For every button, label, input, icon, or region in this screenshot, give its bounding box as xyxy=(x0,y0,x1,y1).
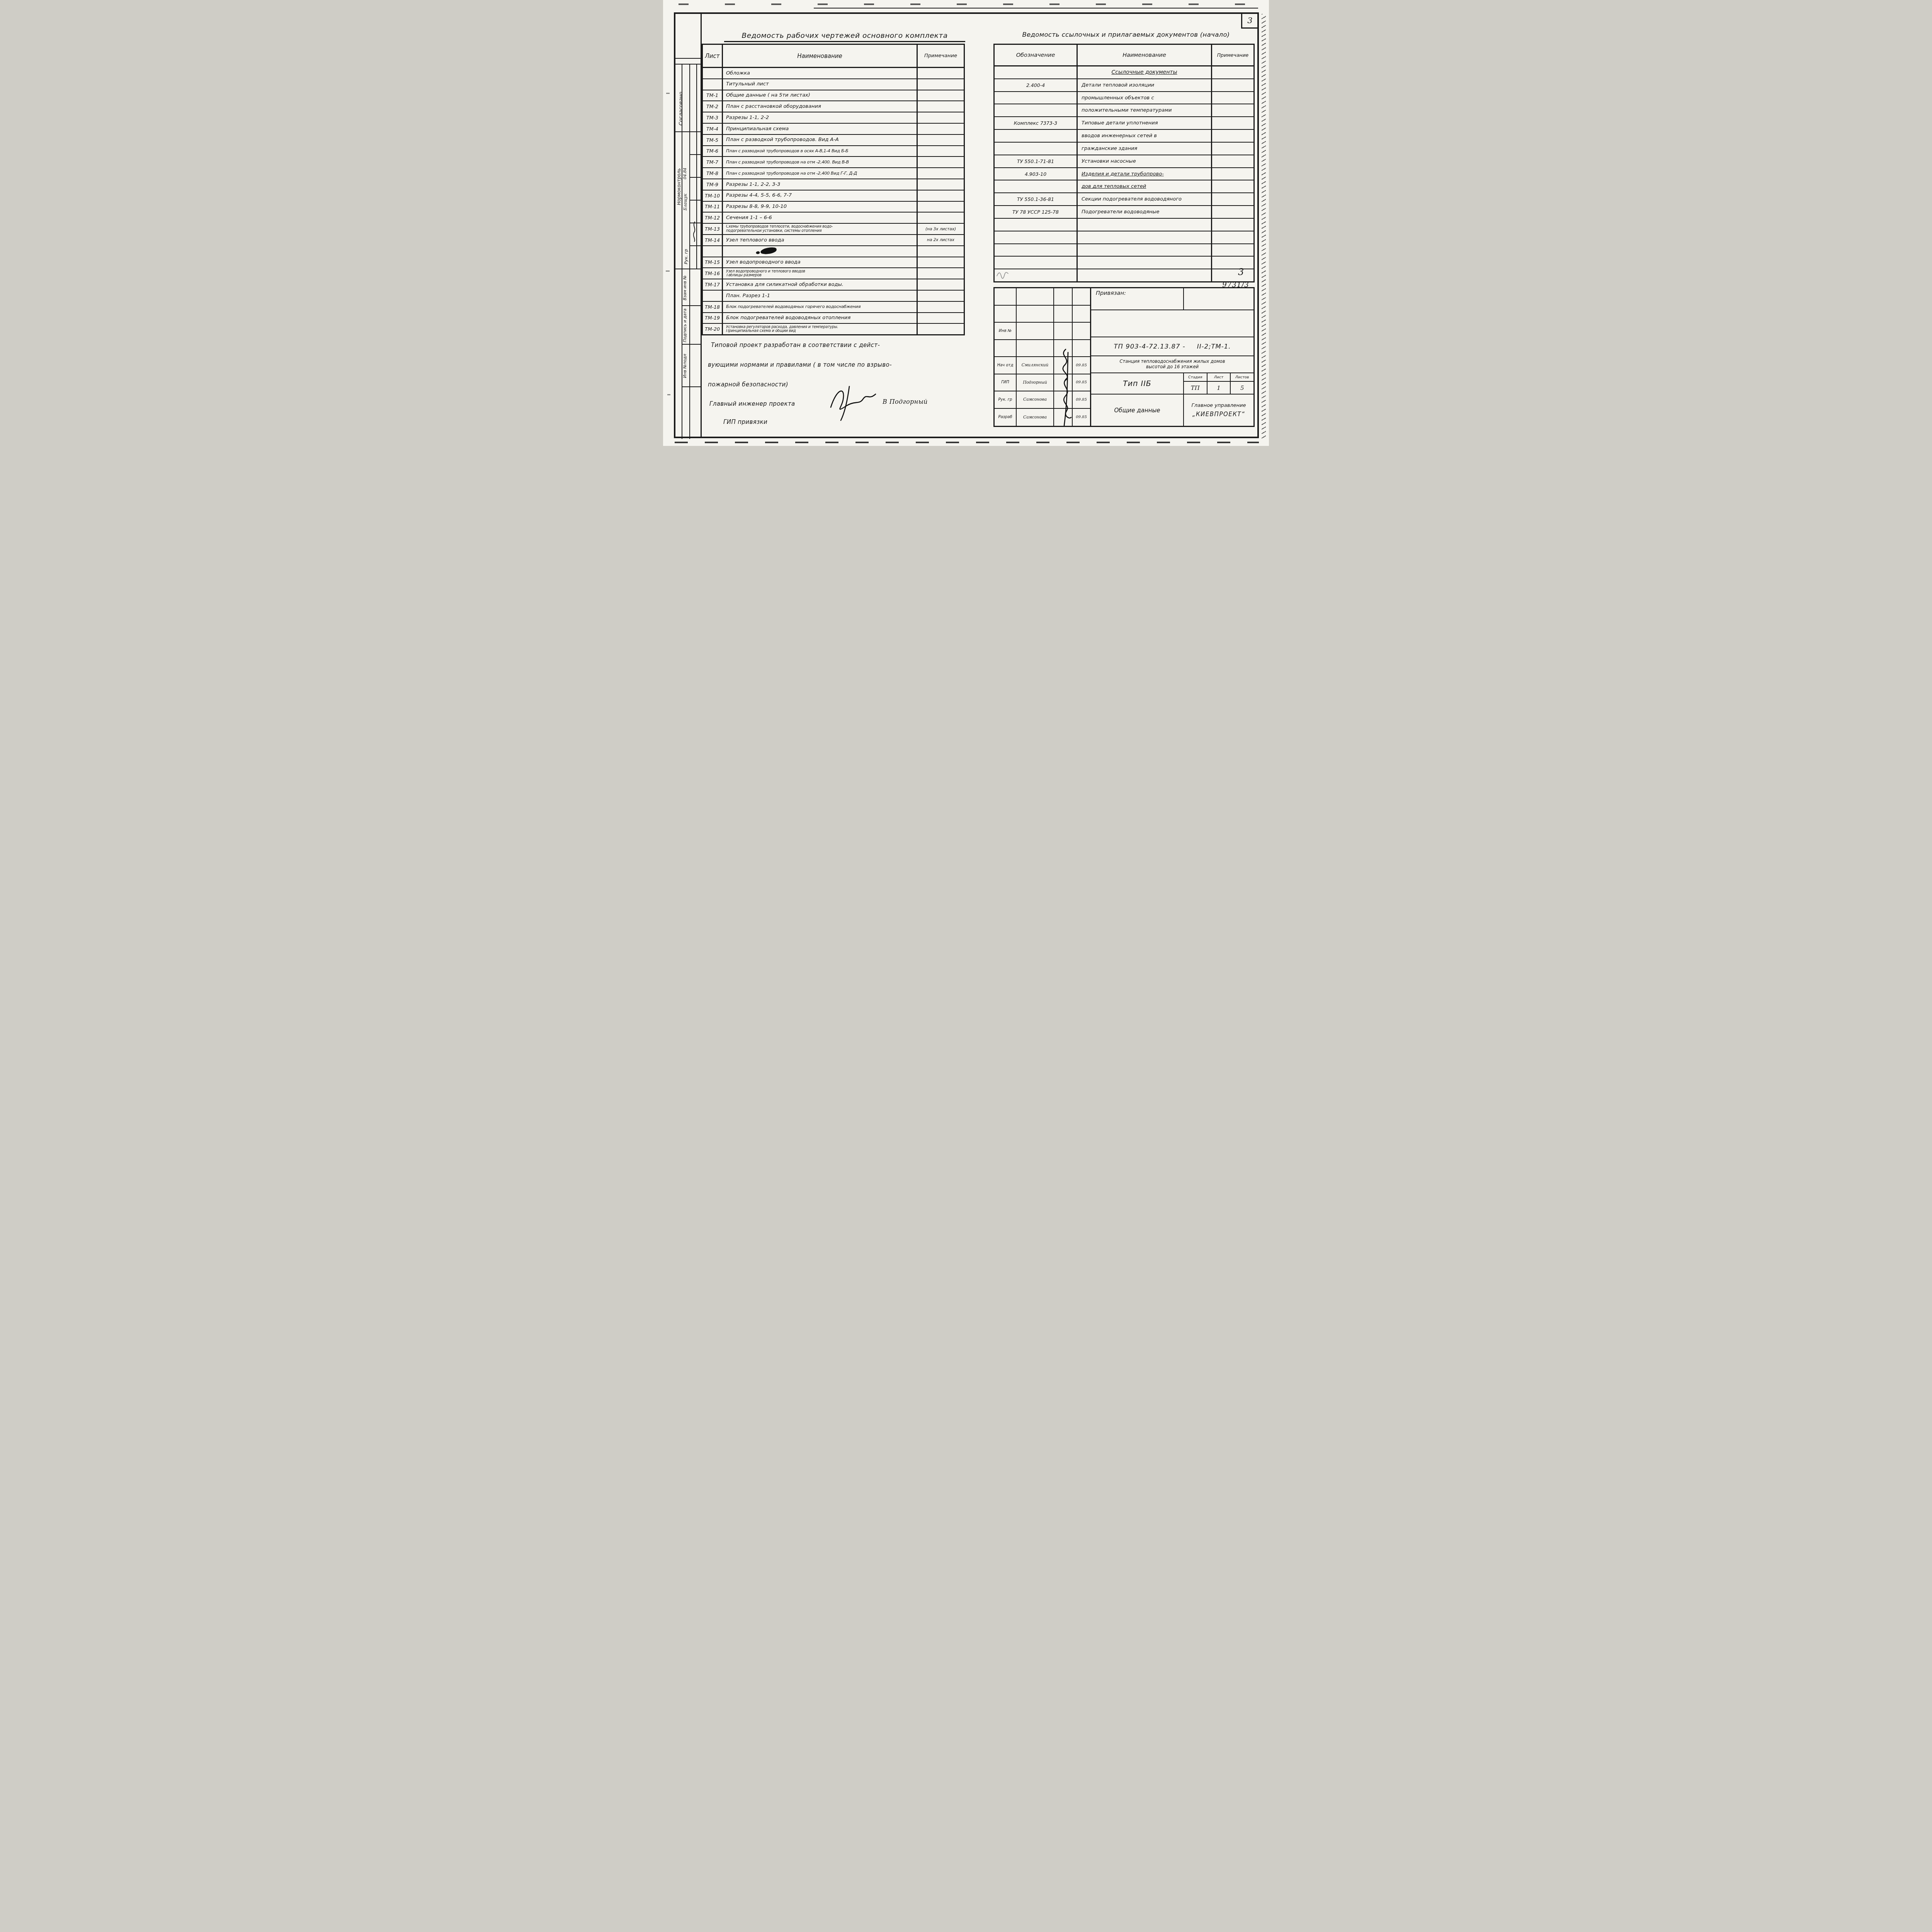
sheet-number-cell: ТМ-17 xyxy=(703,279,723,290)
note-cell xyxy=(917,313,964,323)
scan-artifact-top xyxy=(679,3,1258,5)
drawing-name-line: Блок подогревателей водоводяных горячего… xyxy=(726,304,915,309)
drawing-list-row: ТМ-5План с разводкой трубопроводов. Вид … xyxy=(703,134,964,145)
page-number-box: 3 xyxy=(1241,12,1259,29)
sheet-number-cell xyxy=(703,246,723,257)
drawing-name-cell: Узел теплового ввода xyxy=(723,235,917,245)
reference-doc-row xyxy=(995,231,1253,243)
org-line1: Главное управление xyxy=(1191,403,1246,408)
document-name-line: дов для тепловых сетей xyxy=(1082,184,1146,189)
project-name: Станция тепловодоснабжения жилых домов в… xyxy=(1091,356,1253,373)
margin-label-sign-date: Подпись и дата xyxy=(683,309,687,342)
margin-line xyxy=(682,305,701,306)
reference-doc-row: 2.400-4Детали тепловой изоляции xyxy=(995,78,1253,91)
signature-grid-cell: Рук. гр xyxy=(995,391,1017,409)
sheet-number-cell: ТМ-13 xyxy=(703,224,723,234)
scan-tick xyxy=(666,93,670,94)
note-cell xyxy=(1211,180,1253,192)
col-header-sheet: Лист xyxy=(703,45,723,67)
designation-cell xyxy=(995,104,1078,116)
margin-line xyxy=(689,177,701,178)
document-name-cell xyxy=(1078,231,1211,243)
sheet-number-cell: ТМ-2 xyxy=(703,101,723,112)
sheet-number-cell: ТМ-5 xyxy=(703,135,723,145)
drawing-name-line: Общие данные ( на 5ти листах) xyxy=(726,93,915,98)
document-name-cell: дов для тепловых сетей xyxy=(1078,180,1211,192)
document-name-cell xyxy=(1078,257,1211,269)
document-name-line: Ссылочные документы xyxy=(1111,69,1177,75)
drawing-name-line: План с разводкой трубопроводов в осях А-… xyxy=(726,149,915,153)
drawing-name-line: Установка регуляторов расхода, давления … xyxy=(726,325,915,329)
designation-cell xyxy=(995,231,1078,243)
drawing-name-line: подогревательной установки, системы отоп… xyxy=(726,229,915,233)
note-cell xyxy=(1211,79,1253,91)
note-cell xyxy=(917,112,964,123)
designation-cell: 2.400-4 xyxy=(995,79,1078,91)
signature-grid-cell: Разраб xyxy=(995,409,1017,426)
signature-grid-cell: Нач отд xyxy=(995,357,1017,374)
note-cell xyxy=(1211,269,1253,281)
empty-box xyxy=(1091,310,1253,337)
drawing-name-line: План. Разрез 1-1 xyxy=(726,293,915,299)
margin-line xyxy=(689,154,701,155)
org-line2: „КИЕВПРОЕКТ“ xyxy=(1192,411,1245,418)
drawing-name-cell xyxy=(723,246,917,257)
document-name-line: Подогреватели водоводяные xyxy=(1082,209,1160,215)
note-cell xyxy=(1211,155,1253,167)
signature-grid-cell xyxy=(1017,340,1054,357)
footer-text-line: вующими нормами и правилами ( в том числ… xyxy=(708,361,892,368)
sheet-number-cell: ТМ-8 xyxy=(703,168,723,179)
document-name-cell: гражданские здания xyxy=(1078,143,1211,155)
margin-normcontrol-name: Блащук xyxy=(683,194,688,211)
reference-doc-row: Комплекс 7373-3Типовые детали уплотнения xyxy=(995,116,1253,129)
chief-engineer-name: В Подгорный xyxy=(883,398,928,405)
signature-grid-cell xyxy=(1054,288,1073,306)
drawing-list-row: ТМ-17Установка для силикатной обработки … xyxy=(703,279,964,290)
drawing-list-row: ТМ-2План с расстановкой оборудования xyxy=(703,100,964,112)
note-cell xyxy=(917,68,964,78)
document-name-cell: Установки насосные xyxy=(1078,155,1211,167)
scan-artifact-bottom xyxy=(675,442,1259,443)
document-name-cell: промышленных объектов с xyxy=(1078,92,1211,104)
drawing-name-line: Установка для силикатной обработки воды. xyxy=(726,282,915,287)
drawing-name-cell: План с разводкой трубопроводов. Вид А-А xyxy=(723,135,917,145)
title-block: Инв №Нач отдСмилянский09.85ГИППодгорный0… xyxy=(993,287,1255,427)
note-cell xyxy=(1211,66,1253,78)
reference-doc-row: ТУ 550.1-71-81Установки насосные xyxy=(995,155,1253,167)
pencil-scribble xyxy=(995,266,1011,281)
drawing-list-row: ТМ-11Разрезы 8-8, 9-9, 10-10 xyxy=(703,201,964,212)
document-name-cell: Типовые детали уплотнения xyxy=(1078,117,1211,129)
sheet-number-cell xyxy=(703,291,723,301)
drawing-name-line: Таблицы размеров xyxy=(726,274,915,277)
reference-documents-table: Обозначение Наименование Примечание Ссыл… xyxy=(993,44,1255,282)
drawing-name-line: План с разводкой трубопроводов. Вид А-А xyxy=(726,137,915,143)
drawing-name-cell: План с разводкой трубопроводов в осях А-… xyxy=(723,146,917,156)
reference-doc-row: ТУ 550.1-36-81Секции подогревателя водов… xyxy=(995,192,1253,205)
margin-label-normcontrol: Нормоконтроль xyxy=(676,168,682,205)
note-cell xyxy=(917,268,964,279)
drawing-name-cell: Узел водопроводного и теплового вводовТа… xyxy=(723,268,917,279)
margin-normcontrol-date: 04.84 xyxy=(683,168,687,179)
note-cell xyxy=(917,168,964,179)
col-header-note: Примечание xyxy=(917,45,964,67)
signature-grid-cell xyxy=(1073,288,1090,306)
signature-grid-cell: Смилянский xyxy=(1017,357,1054,374)
doc-code-row: ТП 903-4-72.13.87 - II-2;ТМ-1. xyxy=(1091,337,1253,356)
signature-grid-cell: ГИП xyxy=(995,374,1017,392)
gip-label: ГИП привязки xyxy=(723,418,767,425)
note-cell xyxy=(917,213,964,223)
document-name-cell xyxy=(1078,219,1211,231)
note-cell xyxy=(917,202,964,212)
document-name-cell: Подогреватели водоводяные xyxy=(1078,206,1211,218)
document-name-cell: Изделия и детали трубопрово- xyxy=(1078,168,1211,180)
drawing-name-cell: Узел водопроводного ввода xyxy=(723,257,917,268)
drawing-name-cell: План с разводкой трубопроводов на отм -2… xyxy=(723,157,917,167)
drawing-list-row: ТМ-12Сечения 1-1 – 6-6 xyxy=(703,212,964,223)
drawing-name-cell: Разрезы 1-1, 2-2 xyxy=(723,112,917,123)
sheets-value: 5 xyxy=(1231,382,1253,394)
organization: Главное управление „КИЕВПРОЕКТ“ xyxy=(1184,395,1253,426)
scan-tick xyxy=(667,394,670,395)
drawing-list-row: Обложка xyxy=(703,68,964,78)
margin-signature xyxy=(691,220,698,243)
col-header-code: Обозначение xyxy=(995,45,1078,65)
signature-grid-cell: Самсонова xyxy=(1017,391,1054,409)
note-cell xyxy=(917,90,964,101)
signature-grid-cell xyxy=(1054,306,1073,323)
left-table-title: Ведомость рабочих чертежей основного ком… xyxy=(724,32,965,42)
sheet-number-cell xyxy=(703,68,723,78)
title-block-right: Привязан: ТП 903-4-72.13.87 - II-2;ТМ-1.… xyxy=(1091,288,1253,426)
reference-doc-row: 4.903-10Изделия и детали трубопрово- xyxy=(995,167,1253,180)
subject-org-row: Общие данные Главное управление „КИЕВПРО… xyxy=(1091,395,1253,426)
scan-artifact-right xyxy=(1262,14,1266,439)
margin-label-group-lead: Рук. гр xyxy=(684,249,689,264)
right-table-body: Ссылочные документы2.400-4Детали теплово… xyxy=(995,66,1253,281)
designation-cell xyxy=(995,180,1078,192)
drawing-name-cell: Установка регуляторов расхода, давления … xyxy=(723,324,917,334)
note-cell xyxy=(917,79,964,90)
drawing-list-row: ТМ-7План с разводкой трубопроводов на от… xyxy=(703,156,964,167)
drawing-name-line: Узел теплового ввода xyxy=(726,238,915,243)
drawing-name-line: Разрезы 1-1, 2-2 xyxy=(726,115,915,121)
privyazan-empty-cell xyxy=(1184,288,1253,310)
signature-grid-cell xyxy=(1017,323,1054,340)
designation-cell: ТУ 550.1-36-81 xyxy=(995,193,1078,205)
note-cell xyxy=(1211,143,1253,155)
document-name-line: Изделия и детали трубопрово- xyxy=(1082,171,1164,177)
signature-grid-cell: Подгорный xyxy=(1017,374,1054,392)
drawing-name-cell: Разрезы 8-8, 9-9, 10-10 xyxy=(723,202,917,212)
designation-cell: 4.903-10 xyxy=(995,168,1078,180)
type-stage-row: Тип IIБ Стадия Лист Листов ТП 1 5 xyxy=(1091,373,1253,395)
sheet-number-cell: ТМ-3 xyxy=(703,112,723,123)
note-cell xyxy=(917,257,964,268)
document-name-cell: положительными температурами xyxy=(1078,104,1211,116)
drawing-name-cell: План. Разрез 1-1 xyxy=(723,291,917,301)
margin-line xyxy=(675,58,701,59)
signature-grid-cell: Самсонова xyxy=(1017,409,1054,426)
drawing-name-cell: План с разводкой трубопроводов на отм -2… xyxy=(723,168,917,179)
drawing-name-cell: План с расстановкой оборудования xyxy=(723,101,917,112)
sheets-header: Листов xyxy=(1231,373,1253,381)
frame-line xyxy=(814,8,1258,9)
margin-label-approved: Согласовано xyxy=(678,92,684,125)
sheet-number-cell: ТМ-9 xyxy=(703,179,723,190)
stage-value: ТП xyxy=(1184,382,1207,394)
document-name-cell: Детали тепловой изоляции xyxy=(1078,79,1211,91)
drawing-list-row: ТМ-8План с разводкой трубопроводов на от… xyxy=(703,167,964,179)
drawing-name-cell: Схемы трубопроводов теплосети, водоснабж… xyxy=(723,224,917,234)
margin-line xyxy=(689,245,701,246)
right-table-header: Обозначение Наименование Примечание xyxy=(995,45,1253,66)
drawing-list-row: ТМ-20Установка регуляторов расхода, давл… xyxy=(703,323,964,334)
drawing-name-line: План с разводкой трубопроводов на отм -2… xyxy=(726,160,915,165)
document-name-line: Секции подогревателя водоводяного xyxy=(1082,196,1182,202)
sheet-number-cell: ТМ-19 xyxy=(703,313,723,323)
drawing-name-line: Принципиальная схема xyxy=(726,126,915,132)
document-name-cell: вводов инженерных сетей в xyxy=(1078,130,1211,142)
drawing-name-line: Титульный лист xyxy=(726,82,915,87)
col-header-name: Наименование xyxy=(1078,45,1211,65)
note-cell xyxy=(1211,92,1253,104)
drawing-name-line: Разрезы 4-4, 5-5, 6-6, 7-7 xyxy=(726,193,915,198)
margin-line xyxy=(682,344,701,345)
drawing-name-cell: Обложка xyxy=(723,68,917,78)
type-label: Тип IIБ xyxy=(1091,373,1184,394)
signature-grid: Инв №Нач отдСмилянский09.85ГИППодгорный0… xyxy=(995,288,1091,426)
sheet-number-cell: ТМ-6 xyxy=(703,146,723,156)
note-cell xyxy=(1211,257,1253,269)
drawing-list-row: ТМ-16Узел водопроводного и теплового вво… xyxy=(703,267,964,279)
signature-grid-cell xyxy=(1073,306,1090,323)
inv-number-label: Инв № xyxy=(995,323,1017,340)
drawing-name-cell: Установка для силикатной обработки воды. xyxy=(723,279,917,290)
reference-doc-row: гражданские здания xyxy=(995,142,1253,155)
note-cell xyxy=(1211,193,1253,205)
drawing-list-row: ТМ-19Блок подогревателей водоводяных ото… xyxy=(703,312,964,323)
drawing-list-row: ТМ-3Разрезы 1-1, 2-2 xyxy=(703,112,964,123)
project-name-line2: высотой до 16 этажей xyxy=(1146,364,1199,370)
drawing-name-line: Схемы трубопроводов теплосети, водоснабж… xyxy=(726,225,915,229)
reference-doc-row: вводов инженерных сетей в xyxy=(995,129,1253,142)
sheet-number-cell: ТМ-1 xyxy=(703,90,723,101)
drawing-name-cell: Титульный лист xyxy=(723,79,917,90)
document-name-cell xyxy=(1078,269,1211,281)
drawing-list-row: Титульный лист xyxy=(703,78,964,90)
footer-text-line: Типовой проект разработан в соответствии… xyxy=(711,342,880,349)
reference-doc-row xyxy=(995,218,1253,231)
drawing-list-row xyxy=(703,245,964,257)
note-cell xyxy=(917,101,964,112)
titleblock-signatures xyxy=(1053,346,1076,428)
drawing-name-line: Сечения 1-1 – 6-6 xyxy=(726,215,915,221)
left-table-header: Лист Наименование Примечание xyxy=(703,45,964,68)
designation-cell xyxy=(995,244,1078,256)
note-cell xyxy=(1211,244,1253,256)
designation-cell xyxy=(995,143,1078,155)
drawing-name-cell: Блок подогревателей водоводяных отоплени… xyxy=(723,313,917,323)
signature-grid-cell xyxy=(1073,323,1090,340)
drawing-list-row: ТМ-1Общие данные ( на 5ти листах) xyxy=(703,90,964,101)
document-name-line: Типовые детали уплотнения xyxy=(1082,120,1158,126)
drawing-list-row: ТМ-14Узел теплового вводана 2х листах xyxy=(703,234,964,245)
signature-grid-cell xyxy=(995,306,1017,323)
sheet-number-cell: ТМ-14 xyxy=(703,235,723,245)
scan-tick xyxy=(666,270,670,272)
drawing-list-row: ТМ-13Схемы трубопроводов теплосети, водо… xyxy=(703,223,964,234)
note-cell xyxy=(917,157,964,167)
signature-grid-cell xyxy=(1054,323,1073,340)
sheet-number-cell: ТМ-15 xyxy=(703,257,723,268)
document-name-line: Установки насосные xyxy=(1082,158,1136,164)
drawing-list-row: ТМ-9Разрезы 1-1, 2-2, 3-3 xyxy=(703,179,964,190)
note-cell xyxy=(1211,104,1253,116)
designation-cell xyxy=(995,130,1078,142)
sheet-value: 1 xyxy=(1207,382,1231,394)
reference-doc-row: положительными температурами xyxy=(995,104,1253,116)
sheet-number-cell: ТМ-12 xyxy=(703,213,723,223)
doc-code: ТП 903-4-72.13.87 - xyxy=(1114,343,1185,350)
sheet-number-cell: ТМ-18 xyxy=(703,302,723,312)
subject-label: Общие данные xyxy=(1091,395,1184,426)
designation-cell: ТУ 550.1-71-81 xyxy=(995,155,1078,167)
doc-code-suffix: II-2;ТМ-1. xyxy=(1197,343,1231,350)
note-cell xyxy=(1211,206,1253,218)
drawing-name-line: Принципиальная схема и общий вид xyxy=(726,329,915,333)
reference-doc-row: Ссылочные документы xyxy=(995,66,1253,78)
note-cell xyxy=(917,279,964,290)
margin-line xyxy=(689,64,690,439)
stage-stamp-header: Стадия Лист Листов xyxy=(1184,373,1253,382)
reference-doc-row: дов для тепловых сетей xyxy=(995,180,1253,192)
note-cell xyxy=(1211,168,1253,180)
document-name-line: гражданские здания xyxy=(1082,146,1137,151)
stage-stamp-values: ТП 1 5 xyxy=(1184,382,1253,394)
designation-cell xyxy=(995,219,1078,231)
sheet-number-cell: ТМ-16 xyxy=(703,268,723,279)
note-cell xyxy=(1211,130,1253,142)
left-table-body: ОбложкаТитульный листТМ-1Общие данные ( … xyxy=(703,68,964,334)
note-cell xyxy=(917,246,964,257)
handwritten-sheet-number: 3 xyxy=(1238,267,1244,277)
document-name-cell: Секции подогревателя водоводяного xyxy=(1078,193,1211,205)
sheet-header: Лист xyxy=(1207,373,1231,381)
reference-doc-row: промышленных объектов с xyxy=(995,91,1253,104)
chief-engineer-signature xyxy=(825,383,881,422)
note-cell: (на 3х листах) xyxy=(917,224,964,234)
document-name-line: промышленных объектов с xyxy=(1082,95,1154,101)
sheet-number-cell: ТМ-4 xyxy=(703,124,723,134)
margin-line xyxy=(675,64,701,65)
drawing-name-line: Разрезы 1-1, 2-2, 3-3 xyxy=(726,182,915,187)
sheet-number-cell: ТМ-7 xyxy=(703,157,723,167)
privyazan-label: Привязан: xyxy=(1091,288,1184,310)
sheet-number-cell: ТМ-20 xyxy=(703,324,723,334)
designation-cell: ТУ 78 УССР 125-78 xyxy=(995,206,1078,218)
signature-grid-cell xyxy=(1017,306,1054,323)
drawing-name-cell: Общие данные ( на 5ти листах) xyxy=(723,90,917,101)
col-header-note: Примечание xyxy=(1211,45,1253,65)
designation-cell xyxy=(995,92,1078,104)
drawing-name-line: Узел водопроводного и теплового вводов xyxy=(726,270,915,274)
signature-grid-cell xyxy=(995,340,1017,357)
drawing-list-row: ТМ-15Узел водопроводного ввода xyxy=(703,257,964,268)
document-name-line: вводов инженерных сетей в xyxy=(1082,133,1157,139)
signature-grid-cell xyxy=(995,288,1017,306)
col-header-name: Наименование xyxy=(723,45,917,67)
margin-line xyxy=(689,200,701,201)
stage-stamp: Стадия Лист Листов ТП 1 5 xyxy=(1184,373,1253,394)
project-name-line1: Станция тепловодоснабжения жилых домов xyxy=(1120,359,1225,364)
margin-label-vzam-inv: Взам инв № xyxy=(683,276,687,301)
drawing-name-line: Разрезы 8-8, 9-9, 10-10 xyxy=(726,204,915,209)
note-cell xyxy=(917,302,964,312)
note-cell xyxy=(917,291,964,301)
sheet-number-cell: ТМ-10 xyxy=(703,190,723,201)
reference-doc-row: ТУ 78 УССР 125-78Подогреватели водоводян… xyxy=(995,205,1253,218)
note-cell xyxy=(917,179,964,190)
note-cell xyxy=(1211,231,1253,243)
sheet-number-cell: ТМ-11 xyxy=(703,202,723,212)
sheet-number-cell xyxy=(703,79,723,90)
margin-line xyxy=(675,269,701,269)
document-name-line: положительными температурами xyxy=(1082,107,1172,113)
document-name-cell xyxy=(1078,244,1211,256)
drawing-list-row: ТМ-4Принципиальная схема xyxy=(703,123,964,134)
stage-header: Стадия xyxy=(1184,373,1207,381)
note-cell xyxy=(917,135,964,145)
drawing-name-cell: Блок подогревателей водоводяных горячего… xyxy=(723,302,917,312)
page-number: 3 xyxy=(1247,16,1252,25)
drawing-name-cell: Сечения 1-1 – 6-6 xyxy=(723,213,917,223)
note-cell xyxy=(1211,219,1253,231)
drawing-name-line: План с разводкой трубопроводов на отм -2… xyxy=(726,171,915,176)
signature-grid-cell xyxy=(1017,288,1054,306)
working-drawings-table: Лист Наименование Примечание ОбложкаТиту… xyxy=(702,44,965,335)
margin-line xyxy=(682,386,701,387)
margin-line xyxy=(675,131,701,132)
note-cell xyxy=(917,190,964,201)
drawing-name-cell: Принципиальная схема xyxy=(723,124,917,134)
chief-engineer-label: Главный инженер проекта xyxy=(709,400,795,407)
designation-cell xyxy=(995,66,1078,78)
note-cell: на 2х листах xyxy=(917,235,964,245)
reference-doc-row xyxy=(995,256,1253,269)
note-cell xyxy=(917,124,964,134)
drawing-name-line: Блок подогревателей водоводяных отоплени… xyxy=(726,315,915,321)
privyazan-row: Привязан: xyxy=(1091,288,1253,310)
drawing-name-line: Узел водопроводного ввода xyxy=(726,260,915,265)
drawing-name-cell: Разрезы 4-4, 5-5, 6-6, 7-7 xyxy=(723,190,917,201)
drawing-list-row: План. Разрез 1-1 xyxy=(703,290,964,301)
drawing-name-line: План с расстановкой оборудования xyxy=(726,104,915,109)
note-cell xyxy=(1211,117,1253,129)
drawing-list-row: ТМ-18Блок подогревателей водоводяных гор… xyxy=(703,301,964,312)
note-cell xyxy=(917,324,964,334)
margin-label-inv-podl: Инв №подл xyxy=(683,354,687,378)
reference-doc-row xyxy=(995,243,1253,256)
scanned-drawing-sheet: Согласовано Нормоконтроль 04.84 Блащук Р… xyxy=(663,0,1269,446)
document-name-line: Детали тепловой изоляции xyxy=(1082,82,1154,88)
right-table-title: Ведомость ссылочных и прилагаемых докуме… xyxy=(998,31,1253,38)
drawing-list-row: ТМ-10Разрезы 4-4, 5-5, 6-6, 7-7 xyxy=(703,190,964,201)
designation-cell: Комплекс 7373-3 xyxy=(995,117,1078,129)
drawing-name-line: Обложка xyxy=(726,71,915,76)
